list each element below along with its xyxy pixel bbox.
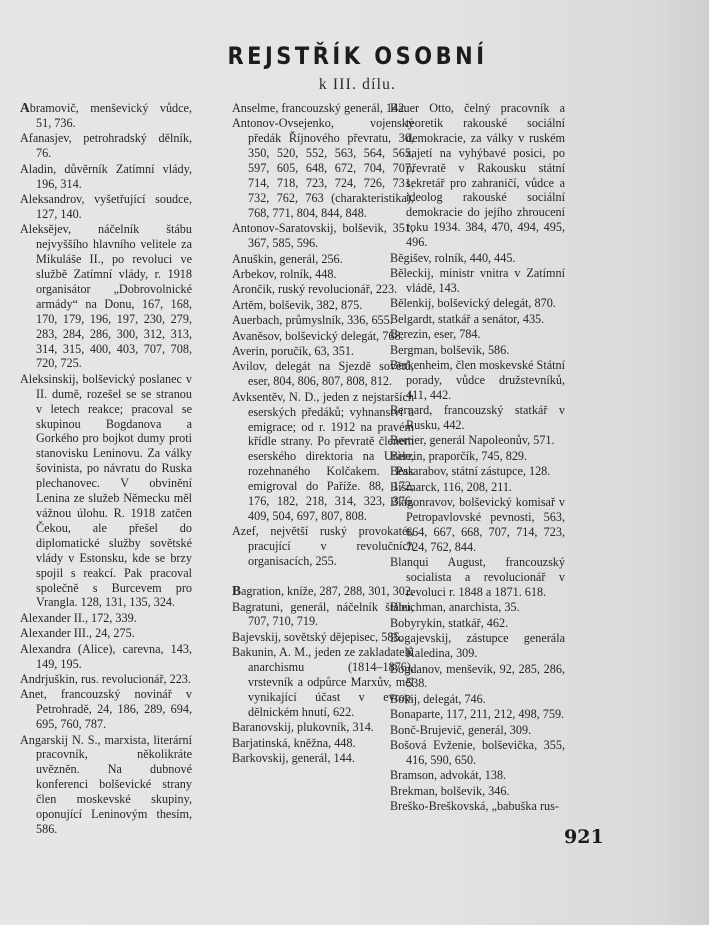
entry-text: Bokij, delegát, 746. (390, 692, 486, 706)
entry-text: agration, kníže, 287, 288, 301, 302. (241, 584, 414, 598)
index-entry: Abramovič, menševický vůdce, 51, 736. (20, 101, 192, 131)
index-entry: Alexandra (Alice), carevna, 143, 149, 19… (20, 642, 192, 672)
index-entry: Blanqui August, francouzský socialista a… (390, 555, 565, 600)
index-entry: Brekman, bolševik, 346. (390, 784, 565, 799)
entry-text: Bogdanov, menševik, 92, 285, 286, 538. (390, 662, 565, 691)
index-entry: Bakunin, A. M., jeden ze zakladatelů ana… (232, 645, 414, 720)
index-entry: Andrjuškin, rus. revolucionář, 223. (20, 672, 192, 687)
index-entry: Berkenheim, člen moskevské Státní porady… (390, 358, 565, 403)
index-entry: Avilov, delegát na Sjezdě sovětů, eser, … (232, 359, 414, 389)
index-entry: Bogdanov, menševik, 92, 285, 286, 538. (390, 662, 565, 692)
entry-text: Bessarabov, státní zástupce, 128. (390, 464, 550, 478)
entry-text: Anet, francouzský novinář v Petrohradě, … (20, 687, 192, 731)
entry-text: Avksentěv, N. D., jeden z nejstarších es… (232, 390, 414, 523)
index-entry: Averin, poručík, 63, 351. (232, 344, 414, 359)
index-entry: Baranovskij, plukovník, 314. (232, 720, 414, 735)
entry-text: Bajevskij, sovětský dějepisec, 585. (232, 630, 403, 644)
index-entry: Avksentěv, N. D., jeden z nejstarších es… (232, 390, 414, 524)
entry-text: Bobyrykin, statkář, 462. (390, 616, 508, 630)
index-entry: Antonov-Ovsejenko, vojenský předák Říjno… (232, 116, 414, 220)
entry-text: Alexander II., 172, 339. (20, 611, 137, 625)
entry-text: bramovič, menševický vůdce, 51, 736. (30, 101, 192, 130)
entry-text: Berzin, praporčík, 745, 829. (390, 449, 527, 463)
entry-text: Arončik, ruský revolucionář, 223. (232, 282, 397, 296)
entry-text: Bergman, bolševik, 586. (390, 343, 509, 357)
entry-text: Angarskij N. S., marxista, literární pra… (20, 733, 192, 836)
entry-text: Bělenkij, bolševický delegát, 870. (390, 296, 556, 310)
entry-text: Blanqui August, francouzský socialista a… (390, 555, 565, 599)
index-column-3: Bauer Otto, čelný pracovník a teoretik r… (390, 101, 565, 815)
index-entry: Bagratuni, generál, náčelník štábu, 707,… (232, 600, 414, 630)
index-entry: Bobyrykin, statkář, 462. (390, 616, 565, 631)
index-entry: Avaněsov, bolševický delegát, 768. (232, 329, 414, 344)
entry-text: Bošová Evženie, bolševička, 355, 416, 59… (390, 738, 565, 767)
entry-text: Berkenheim, člen moskevské Státní porady… (390, 358, 565, 402)
entry-text: Aleksějev, náčelník štábu nejvyššího hla… (20, 222, 192, 370)
entry-text: Avilov, delegát na Sjezdě sovětů, eser, … (232, 359, 414, 388)
index-entry: Aladin, důvěrník Zatímní vlády, 196, 314… (20, 162, 192, 192)
page-number: 921 (564, 826, 604, 848)
entry-text: Brekman, bolševik, 346. (390, 784, 510, 798)
index-entry: Aleksandrov, vyšetřující soudce, 127, 14… (20, 192, 192, 222)
entry-text: Bakunin, A. M., jeden ze zakladatelů ana… (232, 645, 414, 719)
entry-text: Bogajevskij, zástupce generála Kaledina,… (390, 631, 565, 660)
index-entry: Bleichman, anarchista, 35. (390, 600, 565, 615)
entry-text: Breško-Breškovská, „babuška rus- (390, 799, 559, 813)
entry-text: Bauer Otto, čelný pracovník a teoretik r… (390, 101, 565, 249)
index-entry: Aleksějev, náčelník štábu nejvyššího hla… (20, 222, 192, 371)
index-entry: Anuškin, generál, 256. (232, 252, 414, 267)
index-entry: Alexander II., 172, 339. (20, 611, 192, 626)
index-entry: Barkovskij, generál, 144. (232, 751, 414, 766)
entry-text: Antonov-Saratovskij, bolševik, 351, 367,… (232, 221, 414, 250)
index-entry: Běgišev, rolník, 440, 445. (390, 251, 565, 266)
entry-text: Aleksinskij, bolševický poslanec v II. d… (20, 372, 192, 610)
index-entry: Breško-Breškovská, „babuška rus- (390, 799, 565, 814)
entry-text: Blagonravov, bolševický komisař v Petrop… (390, 495, 565, 554)
entry-text: Averin, poručík, 63, 351. (232, 344, 354, 358)
index-entry: Bajevskij, sovětský dějepisec, 585. (232, 630, 414, 645)
index-entry: Bonaparte, 117, 211, 212, 498, 759. (390, 707, 565, 722)
index-entry: Arbekov, rolník, 448. (232, 267, 414, 282)
entry-text: Bramson, advokát, 138. (390, 768, 506, 782)
entry-text: Bonč-Brujevič, generál, 309. (390, 723, 531, 737)
index-entry: Artěm, bolševik, 382, 875. (232, 298, 414, 313)
index-entry: Bergman, bolševik, 586. (390, 343, 565, 358)
index-column-1: Abramovič, menševický vůdce, 51, 736.Afa… (20, 101, 192, 837)
index-entry: Blagonravov, bolševický komisař v Petrop… (390, 495, 565, 555)
entry-text: Běleckij, ministr vnitra v Zatímní vládě… (390, 266, 565, 295)
entry-text: Aleksandrov, vyšetřující soudce, 127, 14… (20, 192, 192, 221)
index-entry: Bismarck, 116, 208, 211. (390, 480, 565, 495)
index-column-2: Anselme, francouzský generál, 142.Antono… (232, 101, 414, 766)
index-entry: Berzin, praporčík, 745, 829. (390, 449, 565, 464)
entry-text: Afanasjev, petrohradský dělník, 76. (20, 131, 192, 160)
page-subtitle: k III. dílu. (0, 76, 709, 94)
index-entry: Anet, francouzský novinář v Petrohradě, … (20, 687, 192, 732)
index-entry: Bagration, kníže, 287, 288, 301, 302. (232, 584, 414, 599)
index-entry: Bramson, advokát, 138. (390, 768, 565, 783)
index-entry: Barjatinská, kněžna, 448. (232, 736, 414, 751)
index-entry: Antonov-Saratovskij, bolševik, 351, 367,… (232, 221, 414, 251)
entry-text: Barjatinská, kněžna, 448. (232, 736, 356, 750)
entry-text: Bagratuni, generál, náčelník štábu, 707,… (232, 600, 414, 629)
page-title: REJSTŘÍK OSOBNÍ (0, 42, 709, 70)
index-entry: Alexander III., 24, 275. (20, 626, 192, 641)
entry-text: Artěm, bolševik, 382, 875. (232, 298, 362, 312)
entry-text: Bleichman, anarchista, 35. (390, 600, 520, 614)
index-entry: Auerbach, průmyslník, 336, 655. (232, 313, 414, 328)
index-entry: Běleckij, ministr vnitra v Zatímní vládě… (390, 266, 565, 296)
index-entry: Bertier, generál Napoleonův, 571. (390, 433, 565, 448)
index-entry: Bessarabov, státní zástupce, 128. (390, 464, 565, 479)
index-entry: Bauer Otto, čelný pracovník a teoretik r… (390, 101, 565, 250)
entry-text: Anselme, francouzský generál, 142. (232, 101, 407, 115)
entry-text: Baranovskij, plukovník, 314. (232, 720, 374, 734)
entry-text: Alexander III., 24, 275. (20, 626, 135, 640)
index-entry: Afanasjev, petrohradský dělník, 76. (20, 131, 192, 161)
entry-text: Anuškin, generál, 256. (232, 252, 343, 266)
entry-text: Bonaparte, 117, 211, 212, 498, 759. (390, 707, 564, 721)
entry-text: Andrjuškin, rus. revolucionář, 223. (20, 672, 191, 686)
entry-text: Berezin, eser, 784. (390, 327, 481, 341)
index-entry: Bonč-Brujevič, generál, 309. (390, 723, 565, 738)
index-entry: Bělenkij, bolševický delegát, 870. (390, 296, 565, 311)
index-entry: Aleksinskij, bolševický poslanec v II. d… (20, 372, 192, 611)
section-initial: B (232, 583, 241, 598)
entry-text: Aladin, důvěrník Zatímní vlády, 196, 314… (20, 162, 192, 191)
entry-text: Běgišev, rolník, 440, 445. (390, 251, 515, 265)
entry-text: Bertier, generál Napoleonův, 571. (390, 433, 555, 447)
index-entry: Anselme, francouzský generál, 142. (232, 101, 414, 116)
index-entry: Angarskij N. S., marxista, literární pra… (20, 733, 192, 837)
index-entry: Bogajevskij, zástupce generála Kaledina,… (390, 631, 565, 661)
entry-text: Azef, největší ruský provokatér, pracují… (232, 524, 414, 568)
entry-text: Arbekov, rolník, 448. (232, 267, 336, 281)
entry-text: Barkovskij, generál, 144. (232, 751, 355, 765)
index-entry: Azef, největší ruský provokatér, pracují… (232, 524, 414, 569)
entry-text: Bernard, francouzský statkář v Rusku, 44… (390, 403, 565, 432)
index-entry: Bokij, delegát, 746. (390, 692, 565, 707)
entry-text: Avaněsov, bolševický delegát, 768. (232, 329, 404, 343)
entry-text: Belgardt, statkář a senátor, 435. (390, 312, 544, 326)
entry-text: Auerbach, průmyslník, 336, 655. (232, 313, 393, 327)
section-initial: A (20, 100, 30, 115)
entry-text: Alexandra (Alice), carevna, 143, 149, 19… (20, 642, 192, 671)
entry-text: Antonov-Ovsejenko, vojenský předák Říjno… (232, 116, 414, 219)
index-entry: Arončik, ruský revolucionář, 223. (232, 282, 414, 297)
index-entry: Bošová Evženie, bolševička, 355, 416, 59… (390, 738, 565, 768)
entry-text: Bismarck, 116, 208, 211. (390, 480, 512, 494)
index-entry: Berezin, eser, 784. (390, 327, 565, 342)
index-entry: Belgardt, statkář a senátor, 435. (390, 312, 565, 327)
index-entry: Bernard, francouzský statkář v Rusku, 44… (390, 403, 565, 433)
